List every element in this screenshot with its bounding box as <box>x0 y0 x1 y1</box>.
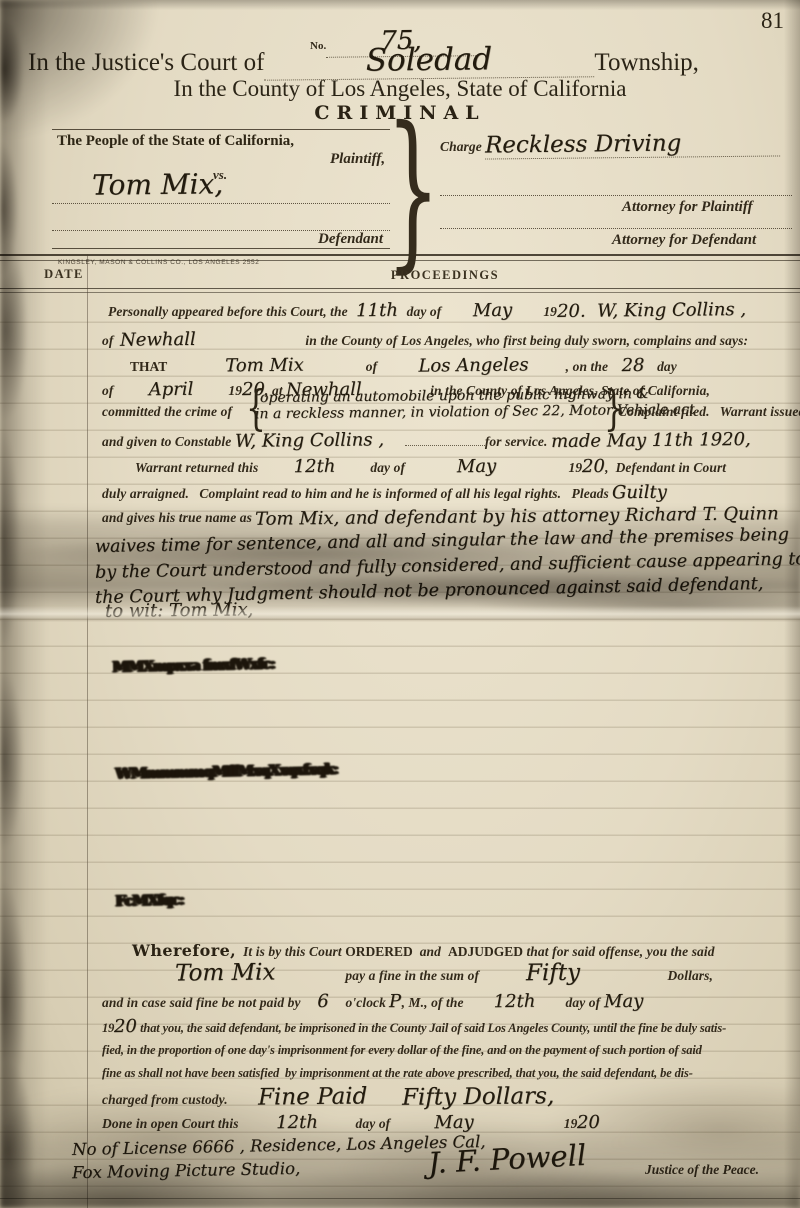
charge-rule-2 <box>440 228 792 229</box>
complaint-filed-text: Complaint filed. Warrant issued <box>618 403 800 421</box>
proceedings-line-1: Personally appeared before this Court, t… <box>108 300 746 321</box>
judgment-line-4: 1920 that you, the said defendant, be im… <box>102 1016 726 1037</box>
proceedings-line-13: to wit: Tom Mix, <box>105 600 253 621</box>
stricken-label-3: FcMXfqc: <box>115 890 183 909</box>
stain-top-edge <box>0 0 800 10</box>
attorney-plaintiff-label: Attorney for Plaintiff <box>622 199 753 216</box>
defendant-label: Defendant <box>318 231 383 248</box>
crime-clause-label: committed the crime of <box>102 403 232 421</box>
folio-number: 81 <box>761 8 784 34</box>
judgment-line-2: Tom Mixpay a fine in the sum of FiftyDol… <box>120 960 713 986</box>
party-rule-1 <box>52 203 390 204</box>
party-box-bottom-rule <box>52 248 390 249</box>
justice-of-the-peace-label: Justice of the Peace. <box>645 1162 759 1178</box>
judgment-line-1: Wherefore, It is by this Court ORDERED a… <box>132 941 715 961</box>
stricken-label-1: MMXmpxxa fmxfWxfc: <box>112 654 274 675</box>
studio-line: Fox Moving Picture Studio, <box>72 1160 300 1182</box>
court-prefix: In the Justice's Court of <box>28 49 264 77</box>
proceedings-line-8: duly arraigned. Complaint read to him an… <box>102 482 667 503</box>
charge-line: Charge Reckless Driving <box>440 131 780 158</box>
plaintiff-label: Plaintiff, <box>330 151 385 168</box>
proceedings-line-2: of Newhallin the County of Los Angeles, … <box>102 329 748 350</box>
justice-signature: J. F. Powell <box>428 1142 586 1176</box>
charge-rule-1 <box>440 195 792 196</box>
judgment-line-6: fine as shall not have been satisfied by… <box>102 1064 693 1082</box>
printer-mark: KINGSLEY, MASON & COLLINS CO., LOS ANGEL… <box>58 259 259 266</box>
party-brace: } <box>386 128 440 252</box>
license-residence-line: No of License 6666 , Residence, Los Ange… <box>72 1134 486 1158</box>
proceedings-line-7: Warrant returned this 12th day of May192… <box>135 456 726 477</box>
proceedings-line-3: THATTom Mix of Los Angeles, on the 28 da… <box>130 355 677 376</box>
judgment-line-7: charged from custody.Fine PaidFifty Doll… <box>102 1084 554 1110</box>
proceedings-line-9: and gives his true name as Tom Mix, and … <box>102 506 779 527</box>
attorney-defendant-label: Attorney for Defendant <box>612 232 756 249</box>
defendant-name-handwritten: Tom Mix, <box>92 168 223 201</box>
judgment-line-5: fied, in the proportion of one day's imp… <box>102 1041 702 1059</box>
proceedings-line-6: and given to Constable W, King Collins ,… <box>102 429 751 451</box>
judgment-line-8: Done in open Court this 12th day of May1… <box>102 1112 600 1133</box>
court-title-line: In the Justice's Court ofSoledadTownship… <box>28 42 699 79</box>
judgment-line-3: and in case said fine be not paid by 6 o… <box>102 991 643 1012</box>
proceedings-column-header: PROCEEDINGS <box>90 268 800 283</box>
plaintiff-name: The People of the State of California, <box>57 133 294 150</box>
date-column-header: DATE <box>40 267 88 282</box>
party-box-top-rule <box>52 129 390 130</box>
court-suffix: Township, <box>594 49 699 77</box>
scanned-court-document: { "page": {"folio_number": "81"}, "heade… <box>0 0 800 1208</box>
township-name: Soledad <box>264 40 594 80</box>
bottom-rule <box>0 1198 800 1199</box>
